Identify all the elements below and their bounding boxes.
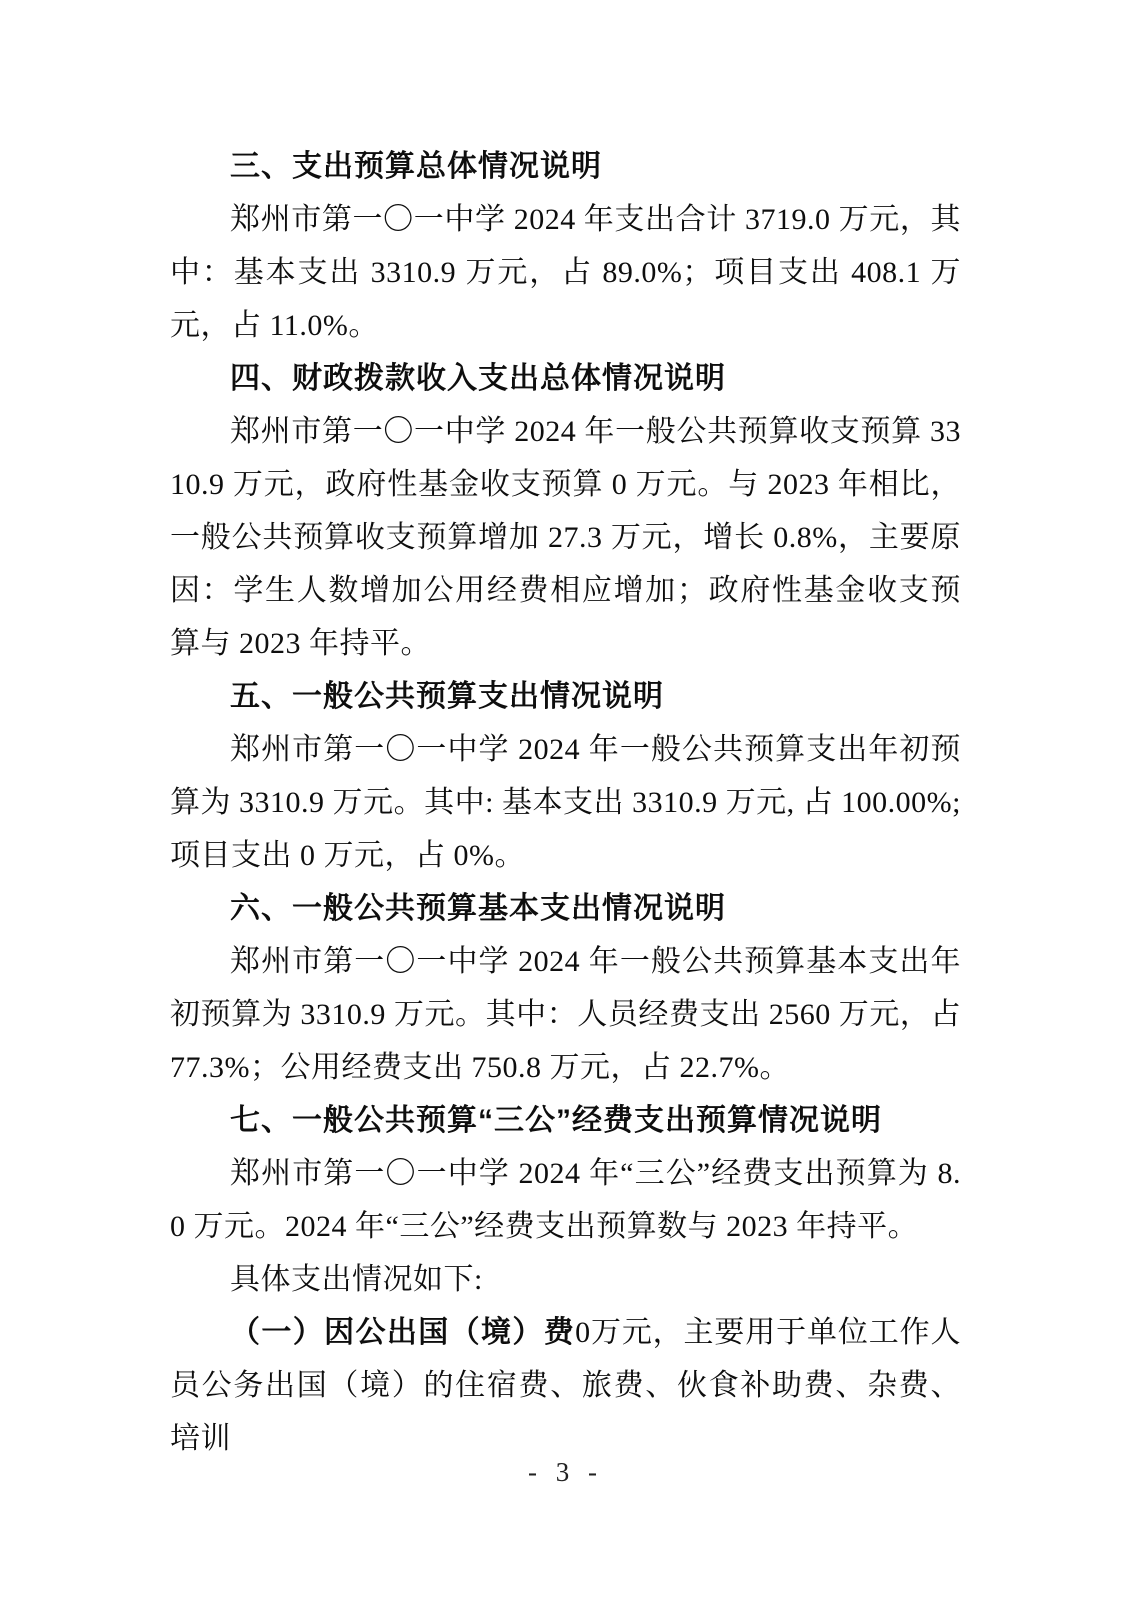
paragraph: 郑州市第一〇一中学 2024 年“三公”经费支出预算为 8.0 万元。2024 …: [170, 1147, 961, 1253]
page-number: - 3 -: [0, 1452, 1131, 1492]
paragraph: 郑州市第一〇一中学 2024 年一般公共预算收支预算 3310.9 万元，政府性…: [170, 405, 961, 670]
item-bold-lead: （一）因公出国（境）费: [230, 1316, 575, 1349]
section-general-public-budget-basic-expenditure: 六、一般公共预算基本支出情况说明 郑州市第一〇一中学 2024 年一般公共预算基…: [170, 882, 961, 1094]
section-expenditure-overview: 三、支出预算总体情况说明 郑州市第一〇一中学 2024 年支出合计 3719.0…: [170, 140, 961, 352]
paragraph: 郑州市第一〇一中学 2024 年支出合计 3719.0 万元，其中：基本支出 3…: [170, 193, 961, 352]
paragraph: 具体支出情况如下:: [170, 1253, 961, 1306]
paragraph-item-overseas-travel: （一）因公出国（境）费0万元，主要用于单位工作人员公务出国（境）的住宿费、旅费、…: [170, 1306, 961, 1465]
section-heading: 六、一般公共预算基本支出情况说明: [170, 882, 961, 935]
document-page: 三、支出预算总体情况说明 郑州市第一〇一中学 2024 年支出合计 3719.0…: [0, 0, 1131, 1600]
section-three-public-funds: 七、一般公共预算“三公”经费支出预算情况说明 郑州市第一〇一中学 2024 年“…: [170, 1094, 961, 1465]
section-heading: 五、一般公共预算支出情况说明: [170, 670, 961, 723]
section-general-public-budget-expenditure: 五、一般公共预算支出情况说明 郑州市第一〇一中学 2024 年一般公共预算支出年…: [170, 670, 961, 882]
section-heading: 三、支出预算总体情况说明: [170, 140, 961, 193]
paragraph: 郑州市第一〇一中学 2024 年一般公共预算支出年初预算为 3310.9 万元。…: [170, 723, 961, 882]
paragraph: 郑州市第一〇一中学 2024 年一般公共预算基本支出年初预算为 3310.9 万…: [170, 935, 961, 1094]
section-heading: 七、一般公共预算“三公”经费支出预算情况说明: [170, 1094, 961, 1147]
section-fiscal-appropriation-overview: 四、财政拨款收入支出总体情况说明 郑州市第一〇一中学 2024 年一般公共预算收…: [170, 352, 961, 670]
section-heading: 四、财政拨款收入支出总体情况说明: [170, 352, 961, 405]
